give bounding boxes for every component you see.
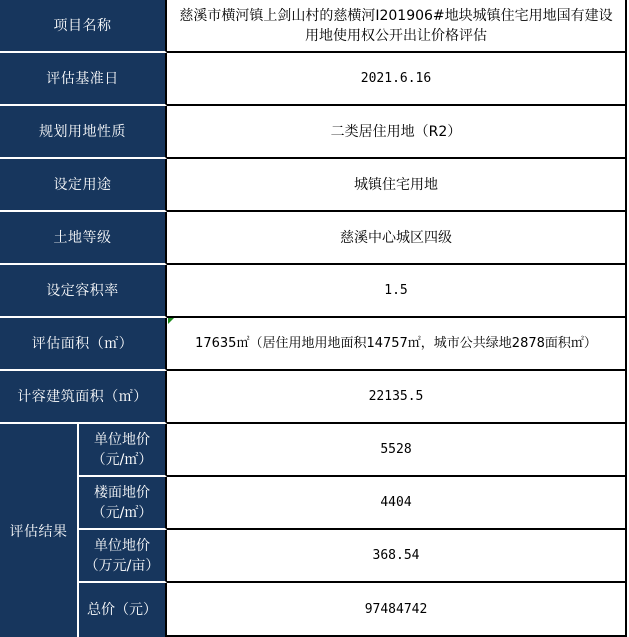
value-planned-land-use[interactable]: 二类居住用地（R2） [167,106,627,159]
row-valuation-area: 评估面积（㎡） 17635㎡（居住用地用地面积14757㎡，城市公共绿地2878… [0,318,629,371]
label-valuation-area: 评估面积（㎡） [0,318,167,371]
label-floor-area: 计容建筑面积（㎡） [0,371,167,424]
label-valuation-date: 评估基准日 [0,53,167,106]
label-total-price: 总价（元） [79,583,167,637]
appraisal-table: 项目名称 慈溪市横河镇上剑山村的慈横河Ⅰ201906#地块城镇住宅用地国有建设用… [0,0,629,637]
label-unit-land-price-mu-line1: 单位地价 [94,536,150,556]
row-land-grade: 土地等级 慈溪中心城区四级 [0,212,629,265]
label-land-grade: 土地等级 [0,212,167,265]
value-project-name[interactable]: 慈溪市横河镇上剑山村的慈横河Ⅰ201906#地块城镇住宅用地国有建设用地使用权公… [167,0,627,53]
value-floor-price[interactable]: 4404 [167,477,627,530]
label-set-purpose: 设定用途 [0,159,167,212]
row-set-purpose: 设定用途 城镇住宅用地 [0,159,629,212]
value-floor-area[interactable]: 22135.5 [167,371,627,424]
value-unit-land-price-mu[interactable]: 368.54 [167,530,627,583]
label-unit-land-price-mu-line2: （万元/亩） [85,556,160,576]
label-floor-price: 楼面地价 （元/㎡） [79,477,167,530]
value-set-purpose[interactable]: 城镇住宅用地 [167,159,627,212]
value-plot-ratio[interactable]: 1.5 [167,265,627,318]
row-floor-area: 计容建筑面积（㎡） 22135.5 [0,371,629,424]
label-unit-land-price-sqm: 单位地价 （元/㎡） [79,424,167,477]
value-unit-land-price-sqm[interactable]: 5528 [167,424,627,477]
label-valuation-result: 评估结果 [0,424,79,637]
label-project-name: 项目名称 [0,0,167,53]
value-land-grade[interactable]: 慈溪中心城区四级 [167,212,627,265]
label-planned-land-use: 规划用地性质 [0,106,167,159]
value-valuation-date[interactable]: 2021.6.16 [167,53,627,106]
value-total-price[interactable]: 97484742 [167,583,627,637]
label-total-price-line1: 总价（元） [87,600,157,620]
row-valuation-date: 评估基准日 2021.6.16 [0,53,629,106]
label-unit-land-price-sqm-line2: （元/㎡） [92,450,153,470]
row-project-name: 项目名称 慈溪市横河镇上剑山村的慈横河Ⅰ201906#地块城镇住宅用地国有建设用… [0,0,629,53]
row-plot-ratio: 设定容积率 1.5 [0,265,629,318]
label-unit-land-price-sqm-line1: 单位地价 [94,430,150,450]
value-valuation-area[interactable]: 17635㎡（居住用地用地面积14757㎡，城市公共绿地2878面积㎡） [167,318,627,371]
label-plot-ratio: 设定容积率 [0,265,167,318]
label-unit-land-price-mu: 单位地价 （万元/亩） [79,530,167,583]
label-floor-price-line1: 楼面地价 [94,483,150,503]
label-floor-price-line2: （元/㎡） [92,503,153,523]
row-planned-land-use: 规划用地性质 二类居住用地（R2） [0,106,629,159]
cell-comment-marker-icon [168,318,174,324]
